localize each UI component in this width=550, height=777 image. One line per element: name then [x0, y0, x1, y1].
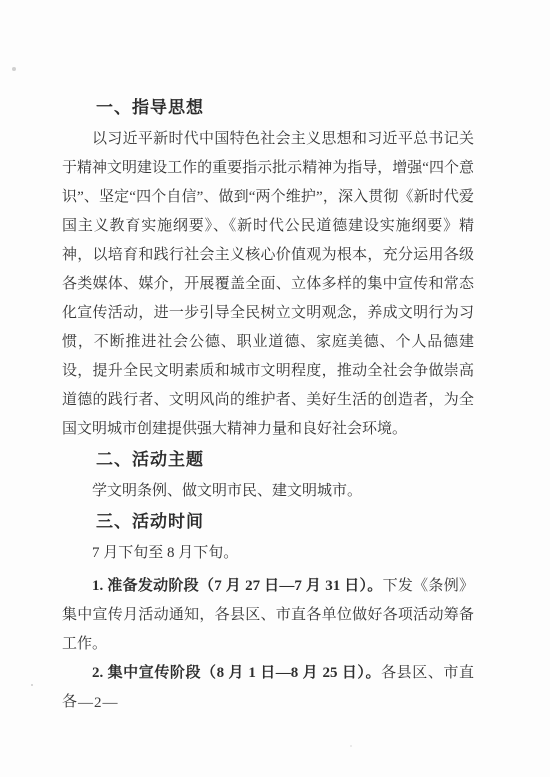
numbered-item-1: 1. 准备发动阶段（7 月 27 日—7 月 31 日）。下发《条例》集中宣传月…: [62, 572, 474, 659]
scan-speck: [350, 745, 352, 747]
section-heading-2: 二、活动主题: [62, 448, 474, 471]
section-paragraph-3: 7 月下旬至 8 月下旬。: [62, 539, 474, 568]
document-page: 一、指导思想 以习近平新时代中国特色社会主义思想和习近平总书记关于精神文明建设工…: [0, 0, 550, 777]
item-1-lead: 1. 准备发动阶段（7 月 27 日—7 月 31 日）。: [92, 578, 383, 594]
numbered-item-2: 2. 集中宣传阶段（8 月 1 日—8 月 25 日）。各县区、市直各: [62, 659, 474, 717]
document-body: 一、指导思想 以习近平新时代中国特色社会主义思想和习近平总书记关于精神文明建设工…: [62, 96, 474, 717]
section-paragraph-2: 学文明条例、做文明市民、建文明城市。: [62, 477, 474, 506]
section-paragraph-1: 以习近平新时代中国特色社会主义思想和习近平总书记关于精神文明建设工作的重要指示批…: [62, 125, 474, 444]
section-heading-1: 一、指导思想: [62, 96, 474, 119]
item-2-lead: 2. 集中宣传阶段（8 月 1 日—8 月 25 日）。: [92, 665, 381, 681]
section-heading-3: 三、活动时间: [62, 510, 474, 533]
page-number: —2—: [78, 695, 119, 712]
scan-speck: [31, 684, 33, 686]
scan-speck: [12, 67, 16, 71]
